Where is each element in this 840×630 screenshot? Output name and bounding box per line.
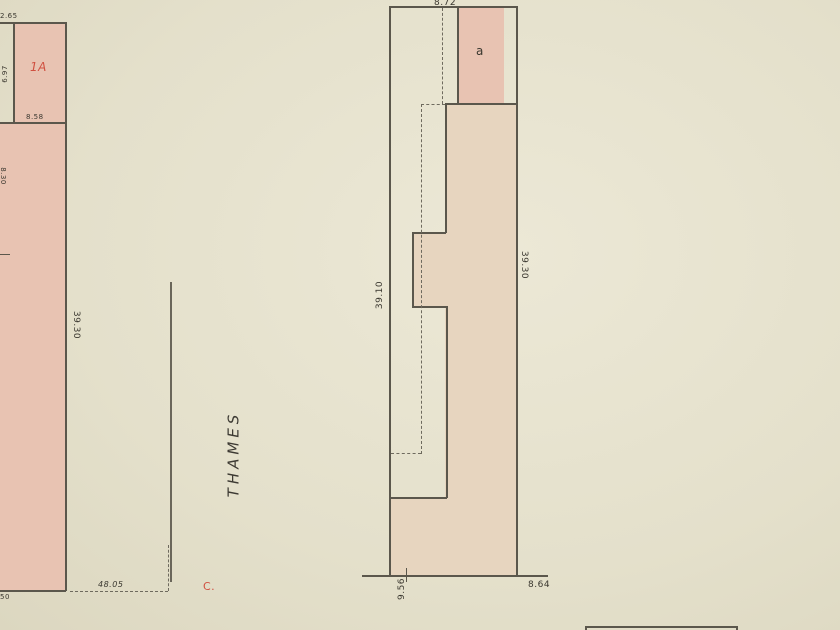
lower-right-box-right [736, 626, 738, 630]
left-sublot-label: 1A [30, 60, 47, 74]
frontage-dashed-line [70, 591, 168, 592]
street-dashed-line [168, 545, 169, 591]
left-lot-right-edge [65, 22, 67, 591]
left-dim-right: 39.30 [71, 311, 81, 339]
dashed-outline-upper [442, 8, 443, 104]
left-lot-inner-tick [0, 254, 10, 255]
left-lot-top-edge [0, 22, 66, 24]
left-sublot-divider-v [13, 22, 15, 122]
left-lot-main [0, 123, 66, 591]
right-lot-right-edge [516, 6, 518, 576]
right-dim-left: 39.10 [375, 281, 385, 309]
right-lot-building [445, 103, 517, 575]
left-dim-frontage: 48.05 [98, 580, 123, 589]
right-lot-bottom-edge [362, 575, 548, 577]
left-lot-bottom-edge [0, 590, 66, 592]
building-step-bottom [412, 306, 446, 308]
left-dim-bottom: 50 [0, 593, 10, 601]
building-step-top [412, 232, 446, 234]
right-dim-top: 8.72 [434, 0, 456, 8]
dashed-outline-step [421, 104, 445, 105]
left-dim-side-upper: 8.30 [0, 167, 7, 185]
left-dim-top: 2.65 [0, 12, 18, 20]
lower-right-box-left [585, 626, 587, 630]
right-dim-bottom-left: 9.56 [397, 578, 407, 600]
left-dim-sub-side: 6.97 [1, 65, 9, 83]
left-dim-sub-bottom: 8.58 [26, 113, 44, 121]
right-sublot-label: a [476, 44, 484, 58]
right-lot-building-base [391, 498, 447, 575]
right-dim-bottom-right: 8.64 [528, 580, 550, 590]
left-sublot-divider-h [0, 122, 66, 124]
dashed-outline-lower [421, 104, 422, 454]
right-sublot-bottom [445, 103, 517, 105]
marker-label: C. [203, 580, 215, 593]
building-left-lower [446, 306, 448, 498]
dashed-outline-bottom [391, 453, 421, 454]
right-lot-left-edge [389, 6, 391, 576]
street-label: THAMES [224, 411, 242, 498]
lower-right-box-edge [585, 626, 737, 628]
right-dim-right: 39.30 [519, 251, 529, 279]
building-base-top [389, 497, 447, 499]
right-lot-building-step [412, 232, 446, 307]
building-left-upper [445, 103, 447, 233]
building-step-left [412, 232, 414, 307]
right-sublot-left [457, 6, 459, 104]
street-line [170, 282, 172, 582]
